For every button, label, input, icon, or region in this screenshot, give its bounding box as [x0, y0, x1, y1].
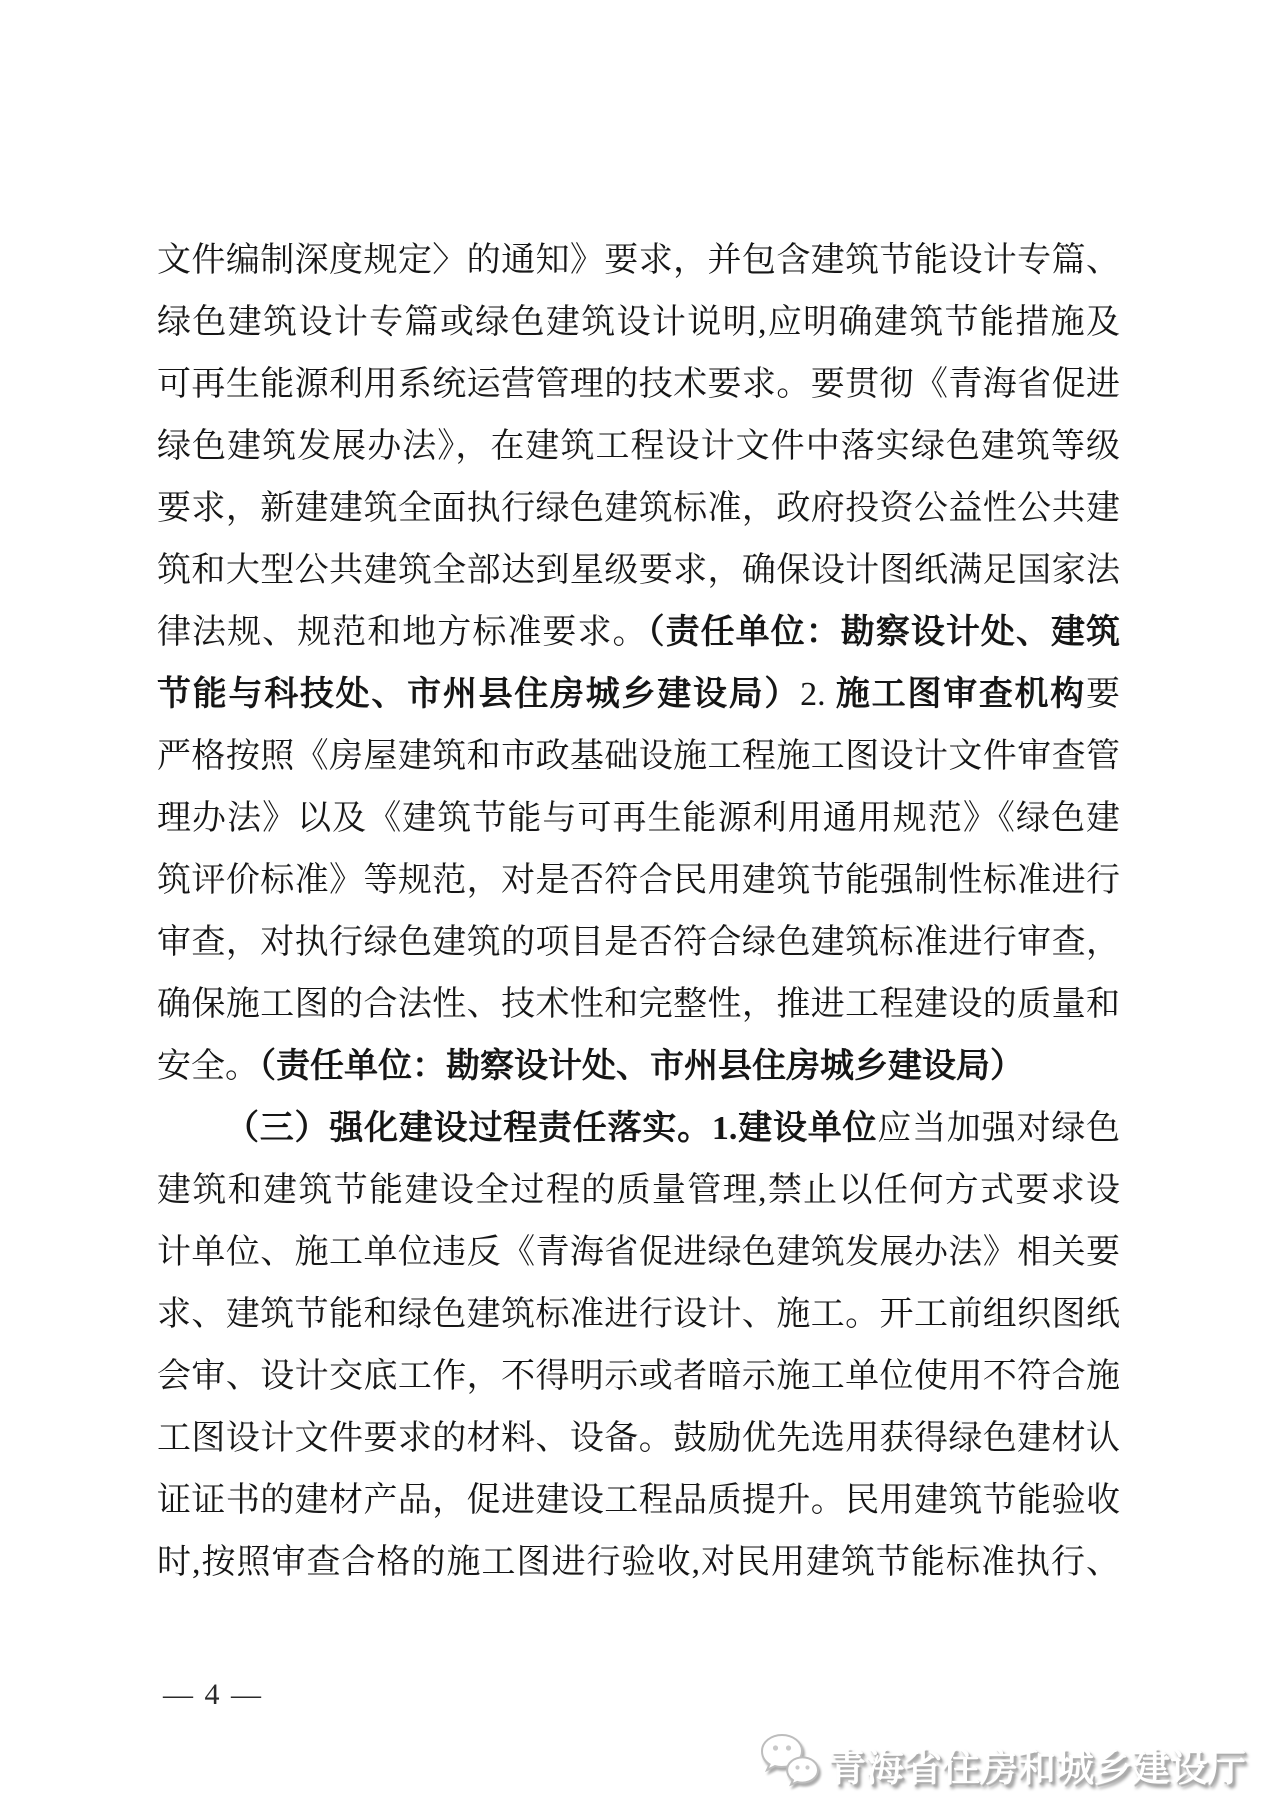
- text-segment: 时,按照审查合格的施工图进行验收,对民用建筑节能标准执行、: [157, 1544, 1120, 1581]
- text-segment: 工图设计文件要求的材料、设备。鼓励优先选用获得绿色建材认: [157, 1420, 1120, 1457]
- text-segment: 证证书的建材产品，促进建设工程品质提升。民用建筑节能验收: [157, 1482, 1120, 1519]
- document-body: 文件编制深度规定〉的通知》要求，并包含建筑节能设计专篇、绿色建筑设计专篇或绿色建…: [157, 230, 1120, 1594]
- text-line: 审查，对执行绿色建筑的项目是否符合绿色建筑标准进行审查，: [157, 912, 1120, 974]
- text-line: 建筑和建筑节能建设全过程的质量管理,禁止以任何方式要求设: [157, 1160, 1120, 1222]
- document-page: 文件编制深度规定〉的通知》要求，并包含建筑节能设计专篇、绿色建筑设计专篇或绿色建…: [0, 0, 1280, 1810]
- bold-text-segment: 节能与科技处、市州县住房城乡建设局）: [157, 676, 800, 713]
- text-line: （三）强化建设过程责任落实。1.建设单位应当加强对绿色: [157, 1098, 1120, 1160]
- text-segment: 会审、设计交底工作，不得明示或者暗示施工单位使用不符合施: [157, 1358, 1120, 1395]
- footer-brand-text: 青海省住房和城乡建设厅: [828, 1737, 1246, 1792]
- text-line: 文件编制深度规定〉的通知》要求，并包含建筑节能设计专篇、: [157, 230, 1120, 292]
- text-line: 要求，新建建筑全面执行绿色建筑标准，政府投资公益性公共建: [157, 478, 1120, 540]
- text-segment: 绿色建筑发展办法》，在建筑工程设计文件中落实绿色建筑等级: [157, 428, 1120, 465]
- text-segment: 严格按照《房屋建筑和市政基础设施工程施工图设计文件审查管: [157, 738, 1120, 775]
- text-line: 安全。（责任单位：勘察设计处、市州县住房城乡建设局）: [157, 1036, 1120, 1098]
- bold-text-segment: 施工图审查机构: [836, 676, 1086, 713]
- text-line: 时,按照审查合格的施工图进行验收,对民用建筑节能标准执行、: [157, 1532, 1120, 1594]
- text-segment: 理办法》以及《建筑节能与可再生能源利用通用规范》《绿色建: [157, 800, 1120, 837]
- text-line: 理办法》以及《建筑节能与可再生能源利用通用规范》《绿色建: [157, 788, 1120, 850]
- text-segment: 文件编制深度规定〉的通知》要求，并包含建筑节能设计专篇、: [157, 242, 1120, 279]
- text-line: 计单位、施工单位违反《青海省促进绿色建筑发展办法》相关要: [157, 1222, 1120, 1284]
- text-segment: 应当加强对绿色: [877, 1110, 1120, 1147]
- text-segment: 律法规、规范和地方标准要求。: [157, 614, 648, 651]
- text-line: 筑和大型公共建筑全部达到星级要求，确保设计图纸满足国家法: [157, 540, 1120, 602]
- text-segment: 绿色建筑设计专篇或绿色建筑设计说明,应明确建筑节能措施及: [157, 304, 1120, 341]
- wechat-icon: [758, 1730, 822, 1799]
- bold-text-segment: （责任单位：勘察设计处、建筑: [648, 614, 1120, 651]
- text-line: 筑评价标准》等规范，对是否符合民用建筑节能强制性标准进行: [157, 850, 1120, 912]
- text-segment: 2.: [800, 676, 836, 713]
- footer-brand: 青海省住房和城乡建设厅: [758, 1730, 1246, 1799]
- text-segment: 计单位、施工单位违反《青海省促进绿色建筑发展办法》相关要: [157, 1234, 1120, 1271]
- text-line: 可再生能源利用系统运营管理的技术要求。要贯彻《青海省促进: [157, 354, 1120, 416]
- text-segment: 确保施工图的合法性、技术性和完整性，推进工程建设的质量和: [157, 986, 1120, 1023]
- text-segment: 可再生能源利用系统运营管理的技术要求。要贯彻《青海省促进: [157, 366, 1120, 403]
- text-segment: 建筑和建筑节能建设全过程的质量管理,禁止以任何方式要求设: [157, 1172, 1120, 1209]
- text-line: 绿色建筑设计专篇或绿色建筑设计说明,应明确建筑节能措施及: [157, 292, 1120, 354]
- text-segment: 安全。: [157, 1048, 259, 1085]
- text-line: 求、建筑节能和绿色建筑标准进行设计、施工。开工前组织图纸: [157, 1284, 1120, 1346]
- text-line: 律法规、规范和地方标准要求。（责任单位：勘察设计处、建筑: [157, 602, 1120, 664]
- text-segment: 要: [1086, 676, 1120, 713]
- text-line: 会审、设计交底工作，不得明示或者暗示施工单位使用不符合施: [157, 1346, 1120, 1408]
- text-line: 确保施工图的合法性、技术性和完整性，推进工程建设的质量和: [157, 974, 1120, 1036]
- text-line: 工图设计文件要求的材料、设备。鼓励优先选用获得绿色建材认: [157, 1408, 1120, 1470]
- text-line: 严格按照《房屋建筑和市政基础设施工程施工图设计文件审查管: [157, 726, 1120, 788]
- text-segment: 求、建筑节能和绿色建筑标准进行设计、施工。开工前组织图纸: [157, 1296, 1120, 1333]
- bold-text-segment: （责任单位：勘察设计处、市州县住房城乡建设局）: [259, 1048, 1024, 1085]
- page-number: — 4 —: [163, 1678, 263, 1712]
- text-segment: 筑评价标准》等规范，对是否符合民用建筑节能强制性标准进行: [157, 862, 1120, 899]
- text-line: 节能与科技处、市州县住房城乡建设局）2. 施工图审查机构要: [157, 664, 1120, 726]
- text-segment: 审查，对执行绿色建筑的项目是否符合绿色建筑标准进行审查，: [157, 924, 1120, 961]
- text-segment: 要求，新建建筑全面执行绿色建筑标准，政府投资公益性公共建: [157, 490, 1120, 527]
- bold-text-segment: （三）强化建设过程责任落实。1.建设单位: [225, 1110, 877, 1147]
- text-line: 证证书的建材产品，促进建设工程品质提升。民用建筑节能验收: [157, 1470, 1120, 1532]
- text-line: 绿色建筑发展办法》，在建筑工程设计文件中落实绿色建筑等级: [157, 416, 1120, 478]
- text-segment: 筑和大型公共建筑全部达到星级要求，确保设计图纸满足国家法: [157, 552, 1120, 589]
